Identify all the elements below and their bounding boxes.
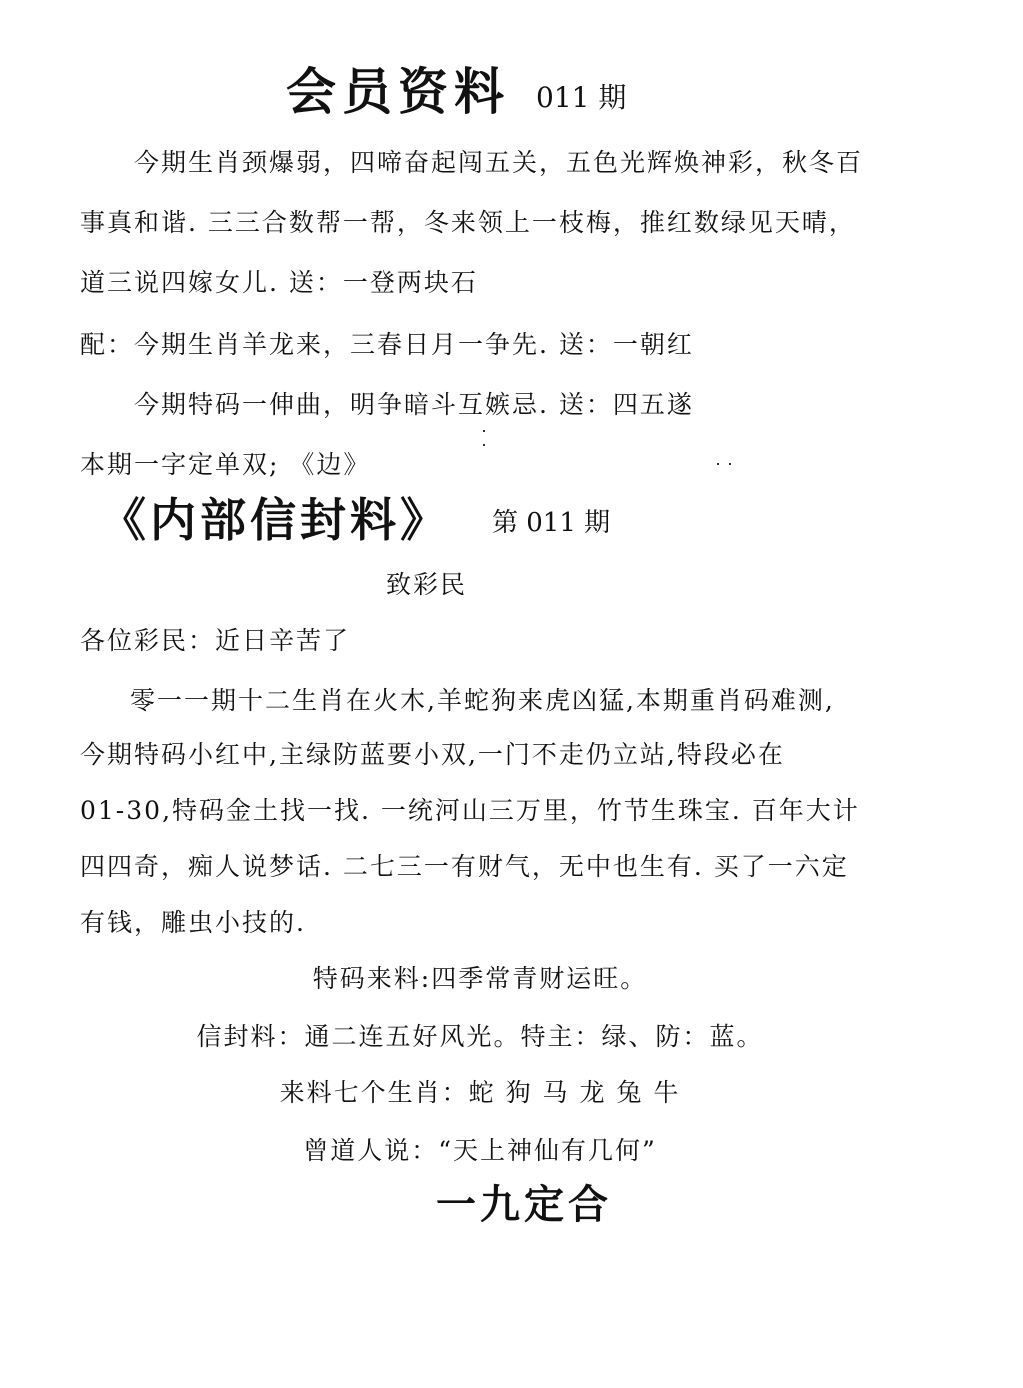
addressee: 致彩民: [386, 568, 467, 602]
member-info-issue: 011 期: [536, 78, 626, 118]
member-info-title: 会员资料: [286, 62, 510, 122]
special-code-source: 特码来料:四季常青财运旺。: [0, 962, 960, 996]
paragraph-line-3: 01-30,特码金土找一找. 一统河山三万里，竹节生珠宝. 百年大计: [80, 794, 860, 828]
zeng-daoren-quote: 曾道人说：“天上神仙有几何”: [0, 1134, 960, 1168]
single-char-line: 本期一字定单双; 《边》: [80, 448, 370, 482]
envelope-title: 《内部信封料》: [100, 490, 450, 550]
paragraph-line-2: 今期特码小红中,主绿防蓝要小双,一门不走仍立站,特段必在: [80, 738, 785, 772]
seven-zodiacs: 来料七个生肖：蛇 狗 马 龙 兔 牛: [0, 1076, 960, 1110]
pairing-line: 配：今期生肖羊龙来，三春日月一争先. 送：一朝红: [80, 328, 694, 362]
envelope-material: 信封料：通二连五好风光。特主：绿、防：蓝。: [0, 1020, 960, 1054]
final-verdict: 一九定合: [436, 1180, 612, 1230]
speck-dot: [483, 444, 485, 446]
paragraph-line-4: 四四奇，痴人说梦话. 二七三一有财气，无中也生有. 买了一六定: [80, 850, 849, 884]
special-code-line: 今期特码一伸曲，明争暗斗互嫉忌. 送：四五遂: [134, 388, 694, 422]
envelope-issue: 第 011 期: [492, 505, 610, 541]
speck-dot: [483, 430, 485, 432]
speck-dot: [729, 463, 731, 465]
speck-dot: [717, 463, 719, 465]
paragraph-line-5: 有钱，雕虫小技的.: [80, 906, 306, 940]
greeting: 各位彩民：近日辛苦了: [80, 624, 350, 658]
poem-line-3: 道三说四嫁女儿. 送：一登两块石: [80, 266, 478, 300]
poem-line-2: 事真和谐. 三三合数帮一帮，冬来领上一枝梅，推红数绿见天晴，: [80, 206, 856, 240]
paragraph-line-1: 零一一期十二生肖在火木,羊蛇狗来虎凶猛,本期重肖码难测,: [130, 684, 835, 718]
poem-line-1: 今期生肖颈爆弱，四啼奋起闯五关，五色光辉焕神彩，秋冬百: [134, 146, 863, 180]
